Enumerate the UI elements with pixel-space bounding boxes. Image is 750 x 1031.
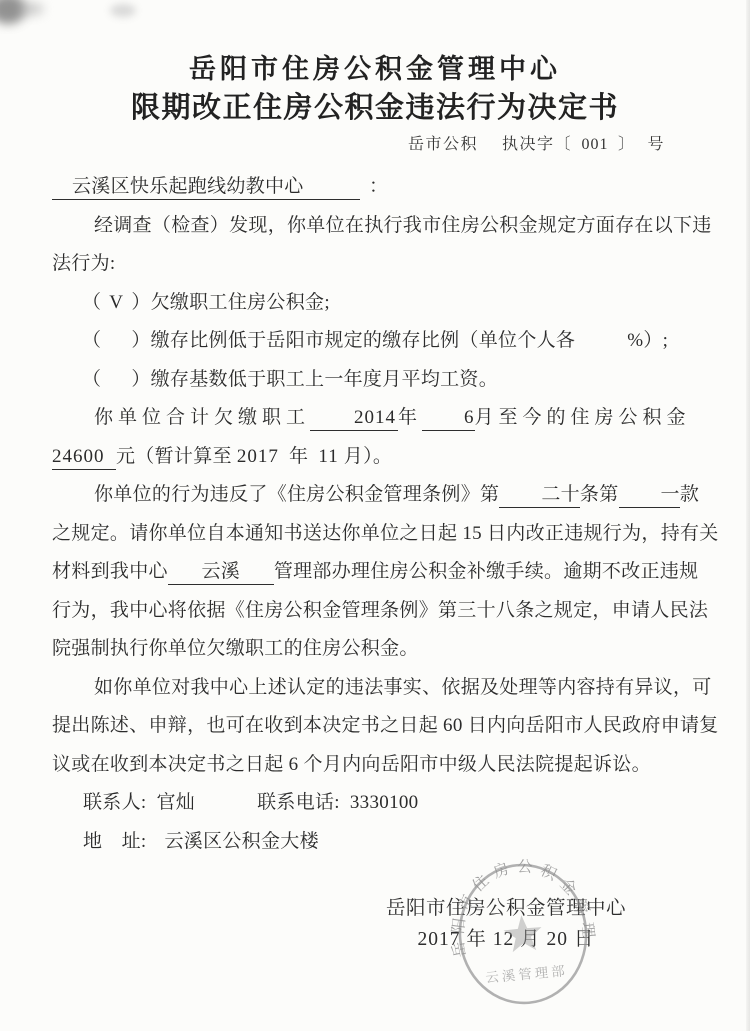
contact-phone: 3330100 (350, 792, 419, 813)
appeal-line-3: 议或在收到本决定书之日起 6 个月内向岳阳市中级人民法院提起诉讼。 (52, 746, 698, 785)
arrears-text: 月至今的住房公积金 (475, 407, 691, 428)
arrears-text: 年 (289, 446, 308, 467)
violation-item-3: （）缴存基数低于职工上一年度月平均工资。 (52, 361, 698, 400)
addressee-line: 云溪区快乐起跑线幼教中心： (52, 168, 698, 207)
scan-smudge (110, 4, 136, 17)
contact-phone-label: 联系电话: (257, 792, 340, 813)
arrears-text: 元（暂计算至 (116, 446, 232, 467)
doc-no-type: 执决字〔 (502, 136, 572, 153)
violation-item-1: （V）欠缴职工住房公积金; (52, 284, 698, 323)
contact-person: 官灿 (156, 792, 195, 813)
law-line-1: 你单位的行为违反了《住房公积金管理条例》第二十条第一款 (52, 476, 698, 515)
paren-open: （ (82, 369, 101, 390)
calc-year: 2017 (237, 446, 279, 467)
law-article: 二十 (499, 483, 580, 508)
scan-smudge (18, 2, 44, 16)
law-line-4: 行为，我中心将依据《住房公积金管理条例》第三十八条之规定，申请人民法 (52, 592, 698, 631)
violation-item-2: （）缴存比例低于岳阳市规定的缴存比例（单位个人各%）; (52, 322, 698, 361)
law-line-3: 材料到我中心云溪管理部办理住房公积金补缴手续。逾期不改正违规 (52, 553, 698, 592)
address-label: 地 址: (83, 831, 146, 852)
paren-open: （ (82, 292, 101, 313)
document-body: 云溪区快乐起跑线幼教中心： 经调查（检查）发现，你单位在执行我市住房公积金规定方… (52, 168, 698, 861)
law-text: 条第 (580, 484, 619, 505)
violation-text-2a: 缴存比例低于岳阳市规定的缴存比例（单位个人各 (151, 330, 576, 351)
violation-text-2b: %）; (627, 330, 668, 351)
arrears-text: 你单位合计欠缴职工 (94, 407, 310, 428)
law-line-2: 之规定。请你单位自本通知书送达你单位之日起 15 日内改正违规行为，持有关 (52, 515, 698, 554)
law-text: 材料到我中心 (52, 561, 168, 582)
seal-bottom-text: 云溪管理部 (485, 963, 568, 985)
document-number: 岳市公积执决字〔001〕号 (408, 131, 665, 154)
arrears-month: 6 (422, 406, 475, 431)
violation-text-1: 欠缴职工住房公积金; (151, 292, 330, 313)
law-text: 款 (680, 484, 699, 505)
appeal-line-2: 提出陈述、申辩，也可在收到本决定书之日起 60 日内向岳阳市人民政府申请复 (52, 707, 698, 746)
violation-text-3: 缴存基数低于职工上一年度月平均工资。 (151, 369, 498, 390)
address-line: 地 址:云溪区公积金大楼 (52, 823, 698, 862)
arrears-text: 年 (398, 407, 422, 428)
law-text: 管理部办理住房公积金补缴手续。逾期不改正违规 (274, 561, 699, 582)
doc-no-close: 〕 (618, 136, 636, 153)
management-office: 云溪 (168, 560, 274, 585)
addressee-colon: ： (369, 176, 388, 197)
document-page: 岳阳市住房公积金管理中心 限期改正住房公积金违法行为决定书 岳市公积执决字〔00… (0, 0, 750, 1031)
official-seal-icon: 岳阳市住房公积金管理中心 云溪管理部 (441, 850, 604, 1018)
scan-paper-edge (746, 0, 750, 1031)
intro-line-2: 法行为: (52, 245, 698, 284)
addressee-name: 云溪区快乐起跑线幼教中心 (52, 175, 360, 200)
doc-no-org-code: 岳市公积 (408, 136, 478, 153)
contact-person-label: 联系人: (83, 792, 146, 813)
official-seal: 岳阳市住房公积金管理中心 云溪管理部 (441, 850, 604, 1018)
paren-close: ） (131, 369, 150, 390)
paren-close: ） (131, 330, 150, 351)
law-text: 你单位的行为违反了《住房公积金管理条例》第 (94, 484, 499, 505)
arrears-line-2: 24600元（暂计算至 2017 年 11 月）。 (52, 438, 698, 477)
appeal-line-1: 如你单位对我中心上述认定的违法事实、依据及处理等内容持有异议，可 (52, 669, 698, 708)
paren-close: ） (131, 292, 150, 313)
doc-no-number: 001 (572, 136, 618, 154)
intro-line-1: 经调查（检查）发现，你单位在执行我市住房公积金规定方面存在以下违 (52, 207, 698, 246)
org-title: 岳阳市住房公积金管理中心 (0, 47, 750, 86)
arrears-year: 2014 (310, 406, 398, 431)
law-clause: 一 (619, 483, 680, 508)
calc-month: 11 (318, 446, 338, 467)
doc-no-suffix: 号 (648, 136, 666, 153)
arrears-text: 月）。 (344, 446, 392, 467)
document-title: 限期改正住房公积金违法行为决定书 (0, 85, 750, 126)
contact-line: 联系人:官灿联系电话:3330100 (52, 784, 698, 823)
arrears-line-1: 你单位合计欠缴职工2014年6月至今的住房公积金 (52, 399, 698, 438)
checkbox-mark-1: V (101, 284, 131, 323)
seal-star-icon (502, 913, 543, 952)
law-line-5: 院强制执行你单位欠缴职工的住房公积金。 (52, 630, 698, 669)
paren-open: （ (82, 330, 101, 351)
arrears-amount: 24600 (52, 445, 116, 470)
address-value: 云溪区公积金大楼 (164, 831, 318, 852)
